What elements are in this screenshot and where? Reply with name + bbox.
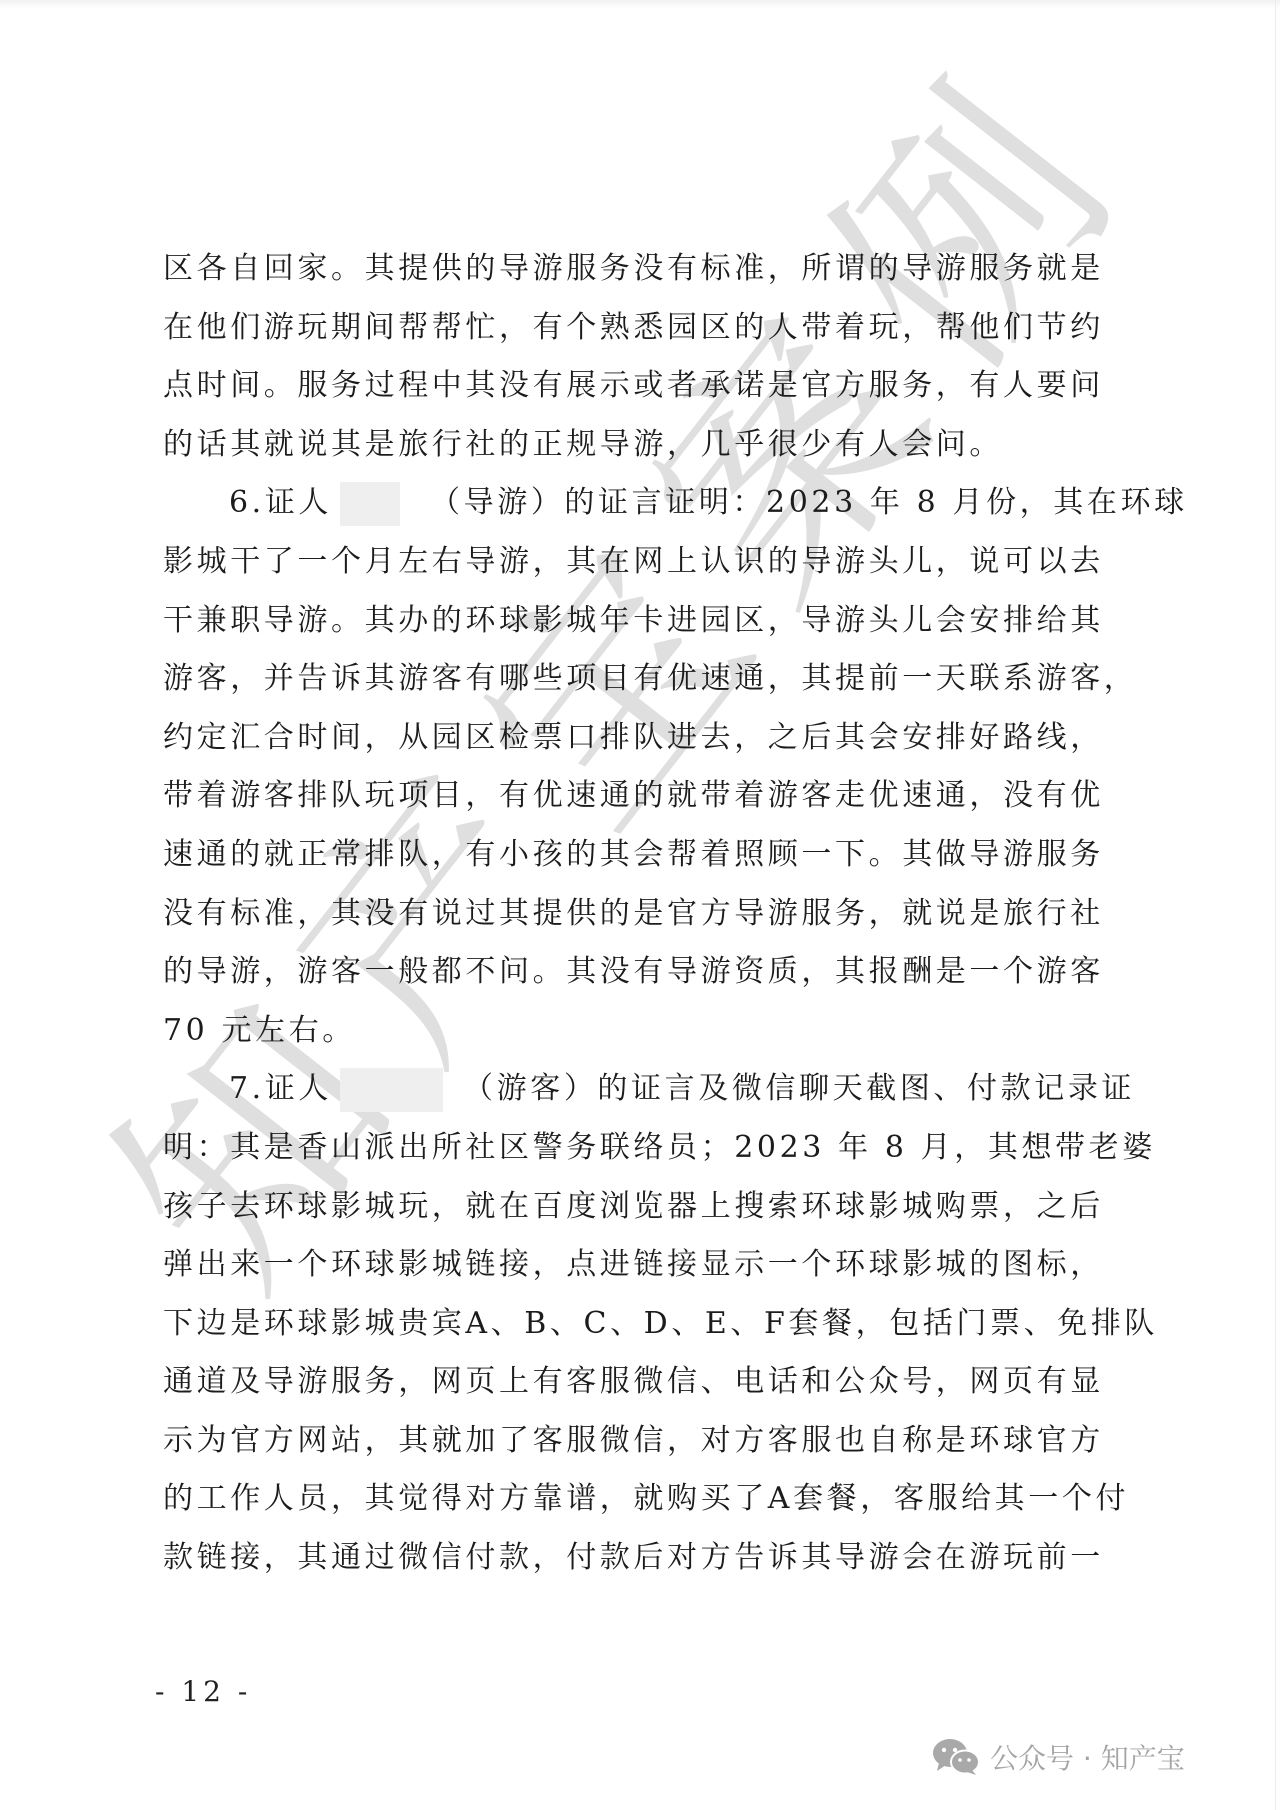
text-line: 点时间。服务过程中其没有展示或者承诺是官方服务，有人要问 xyxy=(163,357,1113,416)
redacted-name xyxy=(340,1068,443,1112)
witness-statement: （导游）的证言证明：2023 年 8 月份，其在环球 xyxy=(430,485,1188,520)
text-line: 70 元左右。 xyxy=(163,1002,1113,1061)
page-number: - 12 - xyxy=(155,1675,251,1708)
scan-right-edge xyxy=(1275,0,1276,1810)
document-body: 区各自回家。其提供的导游服务没有标准，所谓的导游服务就是 在他们游玩期间帮帮忙，… xyxy=(163,240,1113,1588)
text-line: 游客，并告诉其游客有哪些项目有优速通，其提前一天联系游客， xyxy=(163,650,1113,709)
text-line: 带着游客排队玩项目，有优速通的就带着游客走优速通，没有优 xyxy=(163,767,1113,826)
text-line: 示为官方网站，其就加了客服微信，对方客服也自称是环球官方 xyxy=(163,1412,1113,1471)
witness-label: 6.证人 xyxy=(229,485,332,520)
text-line: 弹出来一个环球影城链接，点进链接显示一个环球影城的图标， xyxy=(163,1236,1113,1295)
text-line: 明：其是香山派出所社区警务联络员；2023 年 8 月，其想带老婆 xyxy=(163,1119,1113,1178)
text-line: 的导游，游客一般都不问。其没有导游资质，其报酬是一个游客 xyxy=(163,943,1113,1002)
text-line: 干兼职导游。其办的环球影城年卡进园区，导游头儿会安排给其 xyxy=(163,592,1113,651)
footer-brand: 公众号 · 知产宝 xyxy=(932,1737,1185,1777)
witness-statement: （游客）的证言及微信聊天截图、付款记录证 xyxy=(463,1071,1135,1106)
text-line: 的工作人员，其觉得对方靠谱，就购买了A套餐，客服给其一个付 xyxy=(163,1470,1113,1529)
text-line: 孩子去环球影城玩，就在百度浏览器上搜索环球影城购票，之后 xyxy=(163,1178,1113,1237)
footer-label: 公众号 · 知产宝 xyxy=(990,1737,1185,1777)
text-line: 速通的就正常排队，有小孩的其会帮着照顾一下。其做导游服务 xyxy=(163,826,1113,885)
paragraph-7-heading-line: 7.证人（游客）的证言及微信聊天截图、付款记录证 xyxy=(163,1060,1113,1119)
text-line: 的话其就说其是旅行社的正规导游，几乎很少有人会问。 xyxy=(163,416,1113,475)
text-line: 区各自回家。其提供的导游服务没有标准，所谓的导游服务就是 xyxy=(163,240,1113,299)
text-line: 下边是环球影城贵宾A、B、C、D、E、F套餐，包括门票、免排队 xyxy=(163,1295,1113,1354)
text-line: 在他们游玩期间帮帮忙，有个熟悉园区的人带着玩，帮他们节约 xyxy=(163,299,1113,358)
text-line: 约定汇合时间，从园区检票口排队进去，之后其会安排好路线， xyxy=(163,709,1113,768)
wechat-icon xyxy=(932,1738,980,1776)
text-line: 款链接，其通过微信付款，付款后对方告诉其导游会在游玩前一 xyxy=(163,1529,1113,1588)
text-line: 通道及导游服务，网页上有客服微信、电话和公众号，网页有显 xyxy=(163,1353,1113,1412)
scan-top-edge xyxy=(0,0,1280,8)
text-line: 影城干了一个月左右导游，其在网上认识的导游头儿，说可以去 xyxy=(163,533,1113,592)
redacted-name xyxy=(340,482,400,526)
text-line: 没有标准，其没有说过其提供的是官方导游服务，就说是旅行社 xyxy=(163,885,1113,944)
witness-label: 7.证人 xyxy=(229,1071,332,1106)
paragraph-6-heading-line: 6.证人（导游）的证言证明：2023 年 8 月份，其在环球 xyxy=(163,474,1113,533)
